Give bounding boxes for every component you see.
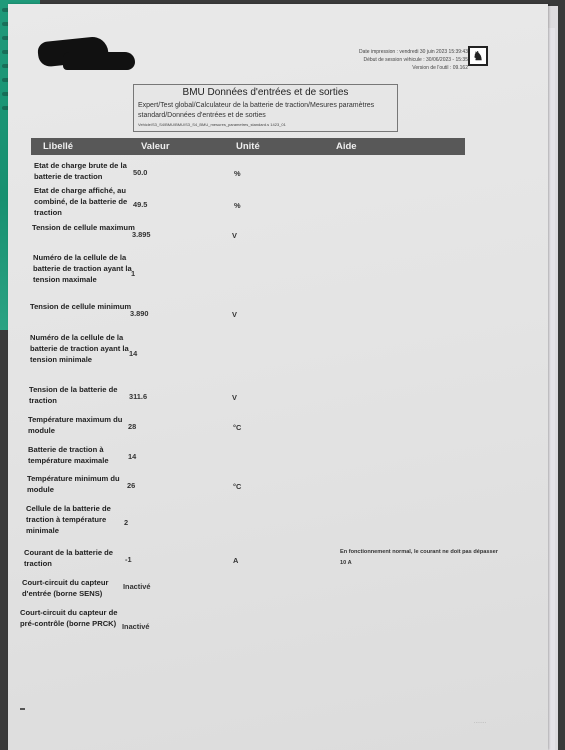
row-label: Tension de la batterie de traction <box>29 384 133 406</box>
row-value: 28 <box>128 422 136 431</box>
header-label: Libellé <box>43 141 73 152</box>
row-unit: °C <box>233 482 241 491</box>
report-metadata: Date impression : vendredi 30 juin 2023 … <box>359 48 468 72</box>
row-value: 14 <box>128 452 136 461</box>
row-unit: V <box>232 231 237 240</box>
peugeot-lion-icon: ♞ <box>468 46 488 66</box>
row-unit: % <box>234 169 241 178</box>
row-label: Batterie de traction à température maxim… <box>28 444 132 466</box>
table-header: Libellé Valeur Unité Aide <box>31 138 465 155</box>
row-value: 3.895 <box>132 230 151 239</box>
row-label: Numéro de la cellule de la batterie de t… <box>33 252 137 285</box>
footer-note: - - - - - - - <box>474 720 486 724</box>
row-value: Inactivé <box>122 622 150 631</box>
row-label: Tension de cellule minimum <box>30 301 134 312</box>
row-value: 14 <box>129 349 137 358</box>
tool-version: 09.162 <box>453 65 468 71</box>
row-label: Etat de charge affiché, au combiné, de l… <box>34 185 138 218</box>
report-path: Expert/Test global/Calculateur de la bat… <box>138 101 393 121</box>
row-unit: V <box>232 310 237 319</box>
session-start-label: Début de session véhicule <box>363 57 421 63</box>
row-label: Cellule de la batterie de traction à tem… <box>26 503 130 536</box>
tool-version-label: Version de l'outil <box>412 65 448 71</box>
printed-report-page: Date impression : vendredi 30 juin 2023 … <box>8 4 548 750</box>
session-start: 30/06/2023 - 15:35 <box>426 57 468 63</box>
row-label: Courant de la batterie de traction <box>24 547 128 569</box>
report-title-box: BMU Données d'entrées et de sorties Expe… <box>133 84 398 132</box>
row-unit: A <box>233 556 238 565</box>
print-date-label: Date impression <box>359 49 395 55</box>
row-label: Température maximum du module <box>28 414 132 436</box>
row-unit: V <box>232 393 237 402</box>
row-value: 26 <box>127 481 135 490</box>
header-help: Aide <box>336 141 357 152</box>
row-label: Court-circuit du capteur de pré-contrôle… <box>20 607 124 629</box>
row-value: 49.5 <box>133 200 147 209</box>
row-value: 3.890 <box>130 309 149 318</box>
row-label: Température minimum du module <box>27 473 131 495</box>
row-label: Tension de cellule maximum <box>32 222 136 233</box>
row-unit: % <box>234 201 241 210</box>
row-value: Inactivé <box>123 582 151 591</box>
row-unit: °C <box>233 423 241 432</box>
row-value: 1 <box>131 269 135 278</box>
row-label: Court-circuit du capteur d'entrée (borne… <box>22 577 126 599</box>
report-title: BMU Données d'entrées et de sorties <box>138 87 393 98</box>
mark <box>20 708 25 710</box>
header-unit: Unité <box>236 141 260 152</box>
row-help: En fonctionnement normal, le courant ne … <box>340 547 500 569</box>
row-value: 311.6 <box>129 392 147 401</box>
row-value: -1 <box>125 555 132 564</box>
header-value: Valeur <box>141 141 170 152</box>
row-value: 50.0 <box>133 168 147 177</box>
row-value: 2 <box>124 518 128 527</box>
redacted-area <box>63 52 135 70</box>
print-date: vendredi 30 juin 2023 15:39:43 <box>399 49 468 55</box>
file-reference: Vehicle\S3_S4\BMU\BMU\S3_S4_BMU_mesures_… <box>138 122 393 127</box>
row-label: Numéro de la cellule de la batterie de t… <box>30 332 134 365</box>
row-label: Etat de charge brute de la batterie de t… <box>34 160 138 182</box>
